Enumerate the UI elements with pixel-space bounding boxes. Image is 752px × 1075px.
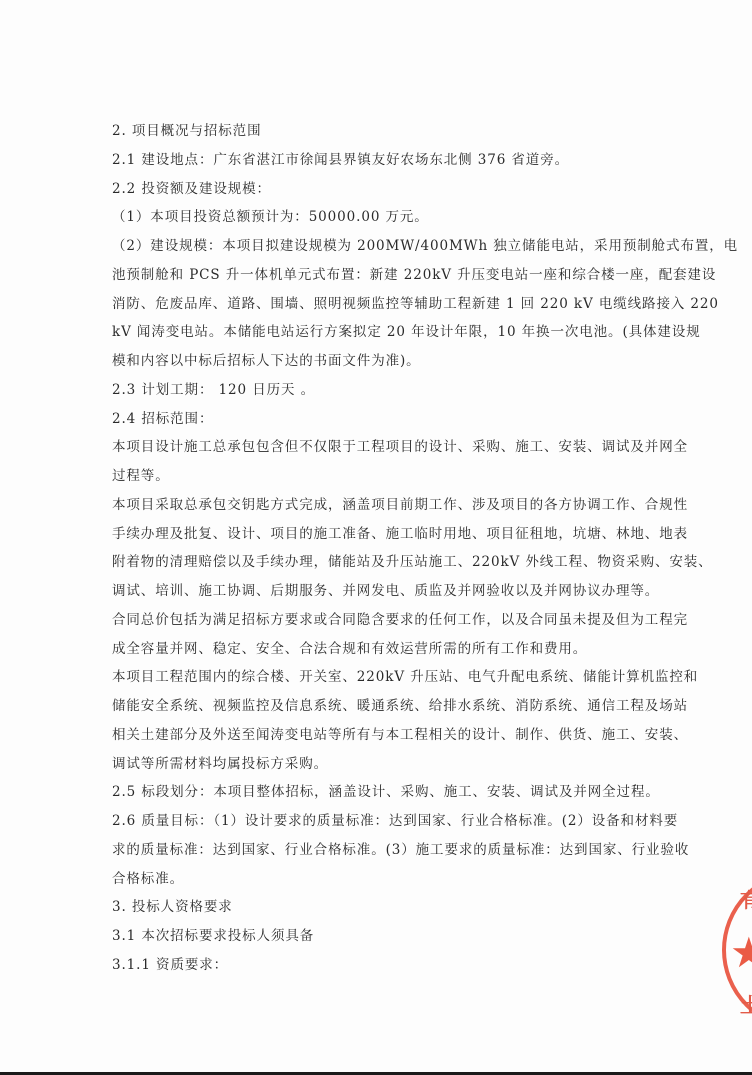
document-page: 2. 项目概况与招标范围 2.1 建设地点：广东省湛江市徐闻县界镇友好农场东北侧… [0, 0, 752, 1075]
bidding-scope-para-1-line-2: 过程等。 [112, 462, 624, 491]
bidding-scope-para-2-line-3: 附着物的清理赔偿以及手续办理，储能站及升压站施工、220kV 外线工程、物资采购… [112, 548, 624, 577]
section-heading-2: 2. 项目概况与招标范围 [112, 117, 624, 146]
document-body: 2. 项目概况与招标范围 2.1 建设地点：广东省湛江市徐闻县界镇友好农场东北侧… [112, 117, 624, 980]
engineering-scope-line-4: 调试等所需材料均属投标方采购。 [112, 750, 624, 779]
company-seal-stamp: 有 ★ 土 [722, 870, 752, 1030]
engineering-scope-line-2: 储能安全系统、视频监控及信息系统、暖通系统、给排水系统、消防系统、通信工程及场站 [112, 692, 624, 721]
contract-price-line-2: 成全容量并网、稳定、安全、合法合规和有效运营所需的所有工作和费用。 [112, 635, 624, 664]
section-heading-3: 3. 投标人资格要求 [112, 893, 624, 922]
construction-scale-line-3: 消防、危废品库、道路、围墙、照明视频监控等辅助工程新建 1 回 220 kV 电… [112, 290, 624, 319]
construction-scale-line-4: kV 闻涛变电站。本储能电站运行方案拟定 20 年设计年限，10 年换一次电池。… [112, 318, 624, 347]
investment-scale-heading: 2.2 投资额及建设规模： [112, 175, 624, 204]
construction-location: 2.1 建设地点：广东省湛江市徐闻县界镇友好农场东北侧 376 省道旁。 [112, 146, 624, 175]
bidding-scope-para-2-line-1: 本项目采取总承包交钥匙方式完成，涵盖项目前期工作、涉及项目的各方协调工作、合规性 [112, 491, 624, 520]
bidder-requirement-3-1: 3.1 本次招标要求投标人须具备 [112, 922, 624, 951]
planned-duration: 2.3 计划工期： 120 日历天 。 [112, 376, 624, 405]
bidding-scope-para-2-line-2: 手续办理及批复、设计、项目的施工准备、施工临时用地、项目征租地，坑塘、林地、地表 [112, 520, 624, 549]
bidding-scope-para-2-line-4: 调试、培训、施工协调、后期服务、并网发电、质监及并网验收以及并网协议办理等。 [112, 577, 624, 606]
quality-target-line-3: 合格标准。 [112, 865, 624, 894]
bidding-scope-para-1-line-1: 本项目设计施工总承包包含但不仅限于工程项目的设计、采购、施工、安装、调试及并网全 [112, 433, 624, 462]
construction-scale-line-1: （2）建设规模：本项目拟建设规模为 200MW/400MWh 独立储能电站，采用… [112, 232, 624, 261]
investment-total: （1）本项目投资总额预计为：50000.00 万元。 [112, 203, 624, 232]
construction-scale-line-2: 池预制舱和 PCS 升一体机单元式布置：新建 220kV 升压变电站一座和综合楼… [112, 261, 624, 290]
seal-char-bottom: 土 [740, 989, 752, 1018]
engineering-scope-line-1: 本项目工程范围内的综合楼、开关室、220kV 升压站、电气升配电系统、储能计算机… [112, 663, 624, 692]
engineering-scope-line-3: 相关土建部分及外送至闻涛变电站等所有与本工程相关的设计、制作、供货、施工、安装、 [112, 721, 624, 750]
lot-division: 2.5 标段划分：本项目整体招标，涵盖设计、采购、施工、安装、调试及并网全过程。 [112, 778, 624, 807]
quality-target-line-2: 求的质量标准：达到国家、行业合格标准。(3）施工要求的质量标准：达到国家、行业验… [112, 836, 624, 865]
seal-star-icon: ★ [730, 932, 752, 974]
bidding-scope-heading: 2.4 招标范围： [112, 405, 624, 434]
quality-target-line-1: 2.6 质量目标：（1）设计要求的质量标准：达到国家、行业合格标准。(2）设备和… [112, 807, 624, 836]
contract-price-line-1: 合同总价包括为满足招标方要求或合同隐含要求的任何工作，以及合同虽未提及但为工程完 [112, 606, 624, 635]
seal-char-top: 有 [740, 884, 752, 913]
qualification-requirement-3-1-1: 3.1.1 资质要求： [112, 951, 624, 980]
construction-scale-line-5: 模和内容以中标后招标人下达的书面文件为准)。 [112, 347, 624, 376]
